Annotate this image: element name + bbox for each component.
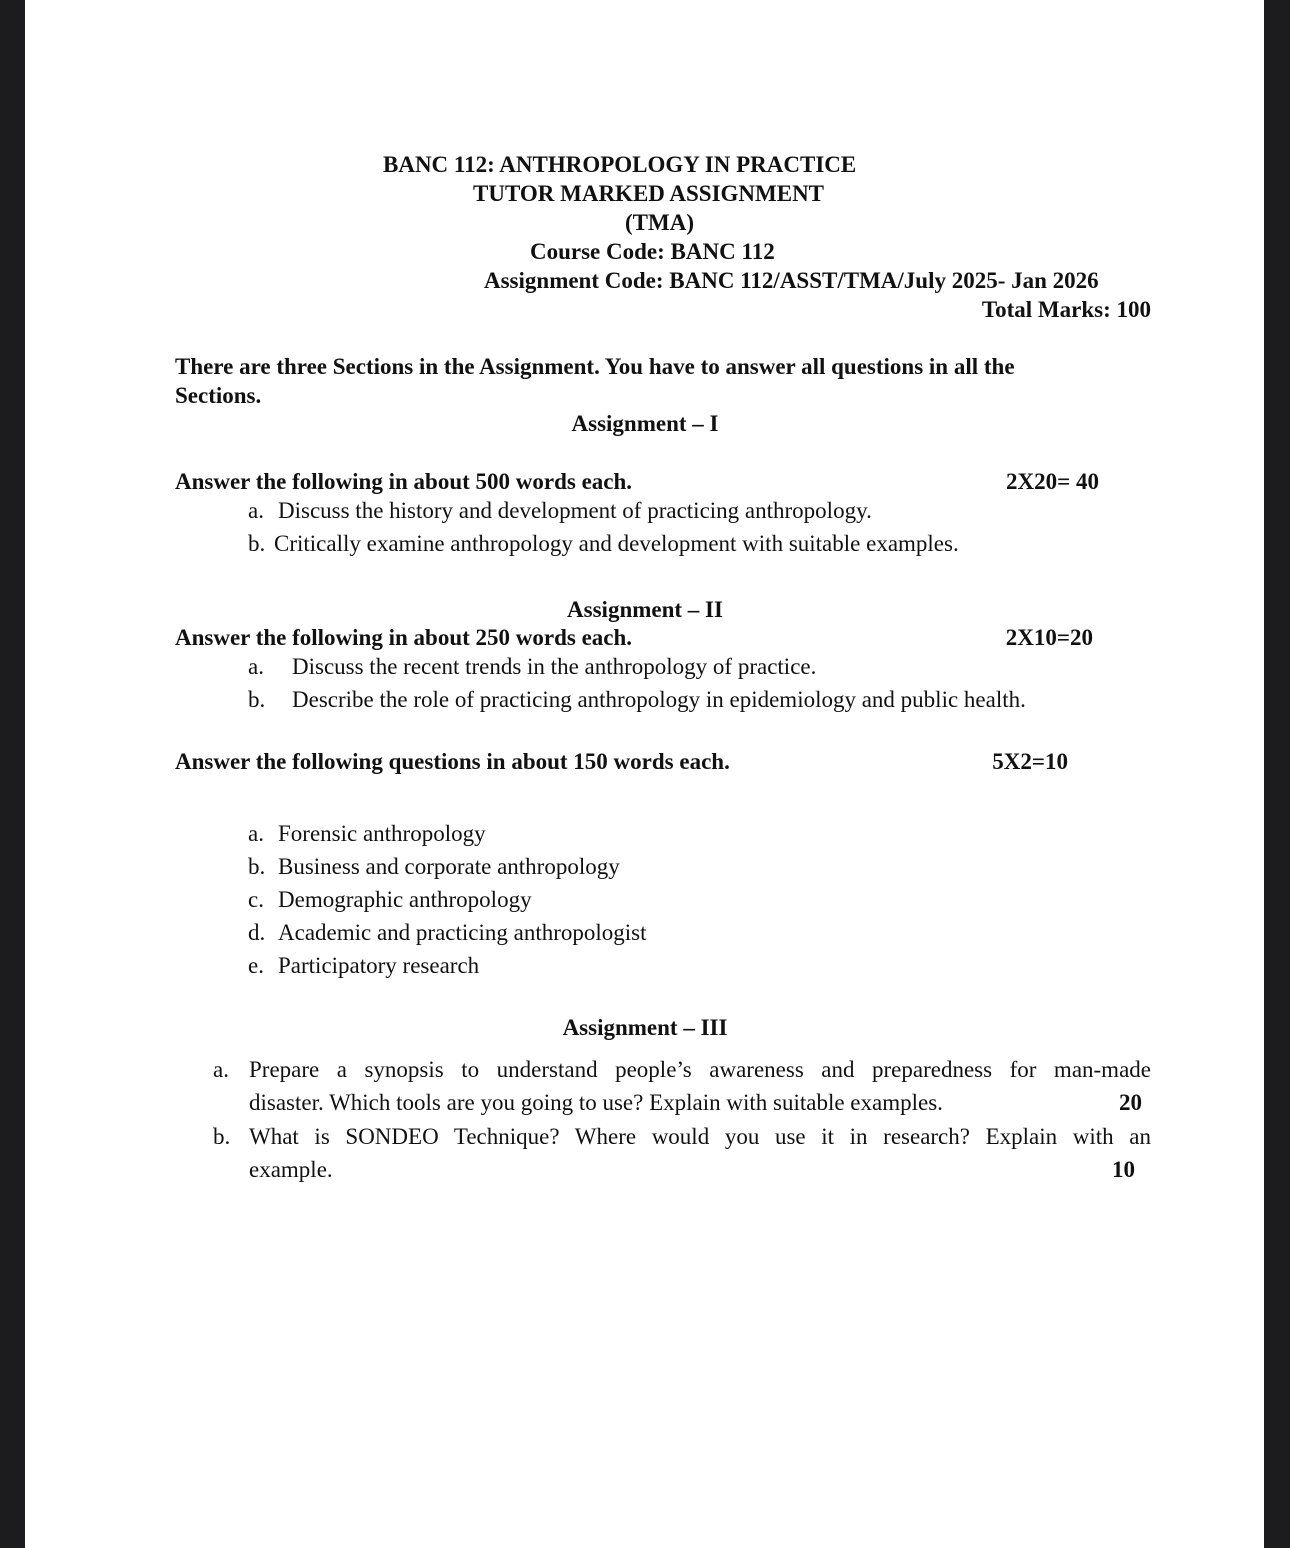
group-instruction: Answer the following in about 250 words …: [175, 626, 632, 649]
group-marks: 2X10=20: [1006, 626, 1093, 649]
instructions-line-1: There are three Sections in the Assignme…: [175, 355, 1015, 378]
question-text: Critically examine anthropology and deve…: [274, 532, 959, 555]
question-label: a.: [248, 822, 264, 845]
question-label: a.: [248, 655, 264, 678]
group-marks: 2X20= 40: [1006, 470, 1099, 493]
question-text-line-1: Prepare a synopsis to understand people’…: [249, 1058, 1151, 1081]
question-text: Discuss the recent trends in the anthrop…: [292, 655, 816, 678]
question-text: Describe the role of practicing anthropo…: [292, 688, 1026, 711]
course-title: BANC 112: ANTHROPOLOGY IN PRACTICE: [383, 153, 856, 176]
assignment-type: TUTOR MARKED ASSIGNMENT: [473, 182, 824, 205]
total-marks: Total Marks: 100: [982, 298, 1151, 321]
section-title-assignment-1: Assignment – I: [572, 412, 719, 435]
group-instruction: Answer the following questions in about …: [175, 750, 730, 773]
assignment-abbrev: (TMA): [625, 211, 694, 234]
question-text-line-2: disaster. Which tools are you going to u…: [249, 1091, 943, 1114]
group-instruction: Answer the following in about 500 words …: [175, 470, 632, 493]
question-label: a.: [248, 499, 264, 522]
question-text: Demographic anthropology: [278, 888, 532, 911]
question-label: b.: [248, 532, 265, 555]
course-code: Course Code: BANC 112: [530, 240, 775, 263]
instructions-line-2: Sections.: [175, 384, 261, 407]
question-text: Academic and practicing anthropologist: [278, 921, 647, 944]
assignment-code: Assignment Code: BANC 112/ASST/TMA/July …: [484, 269, 1099, 292]
question-marks: 20: [1119, 1091, 1142, 1114]
question-label: b.: [248, 688, 265, 711]
section-title-assignment-2: Assignment – II: [567, 598, 723, 621]
question-label: c.: [248, 888, 264, 911]
question-label: a.: [213, 1058, 229, 1081]
document-page: BANC 112: ANTHROPOLOGY IN PRACTICE TUTOR…: [25, 0, 1264, 1548]
question-text-line-2: example.: [249, 1158, 333, 1181]
question-label: b.: [213, 1125, 230, 1148]
question-text-line-1: What is SONDEO Technique? Where would yo…: [249, 1125, 1151, 1148]
group-marks: 5X2=10: [992, 750, 1068, 773]
section-title-assignment-3: Assignment – III: [563, 1016, 728, 1039]
question-marks: 10: [1112, 1158, 1135, 1181]
question-text: Forensic anthropology: [278, 822, 486, 845]
question-label: b.: [248, 855, 265, 878]
question-text: Participatory research: [278, 954, 479, 977]
question-text: Business and corporate anthropology: [278, 855, 620, 878]
question-label: e.: [248, 954, 264, 977]
question-text: Discuss the history and development of p…: [278, 499, 872, 522]
question-label: d.: [248, 921, 265, 944]
